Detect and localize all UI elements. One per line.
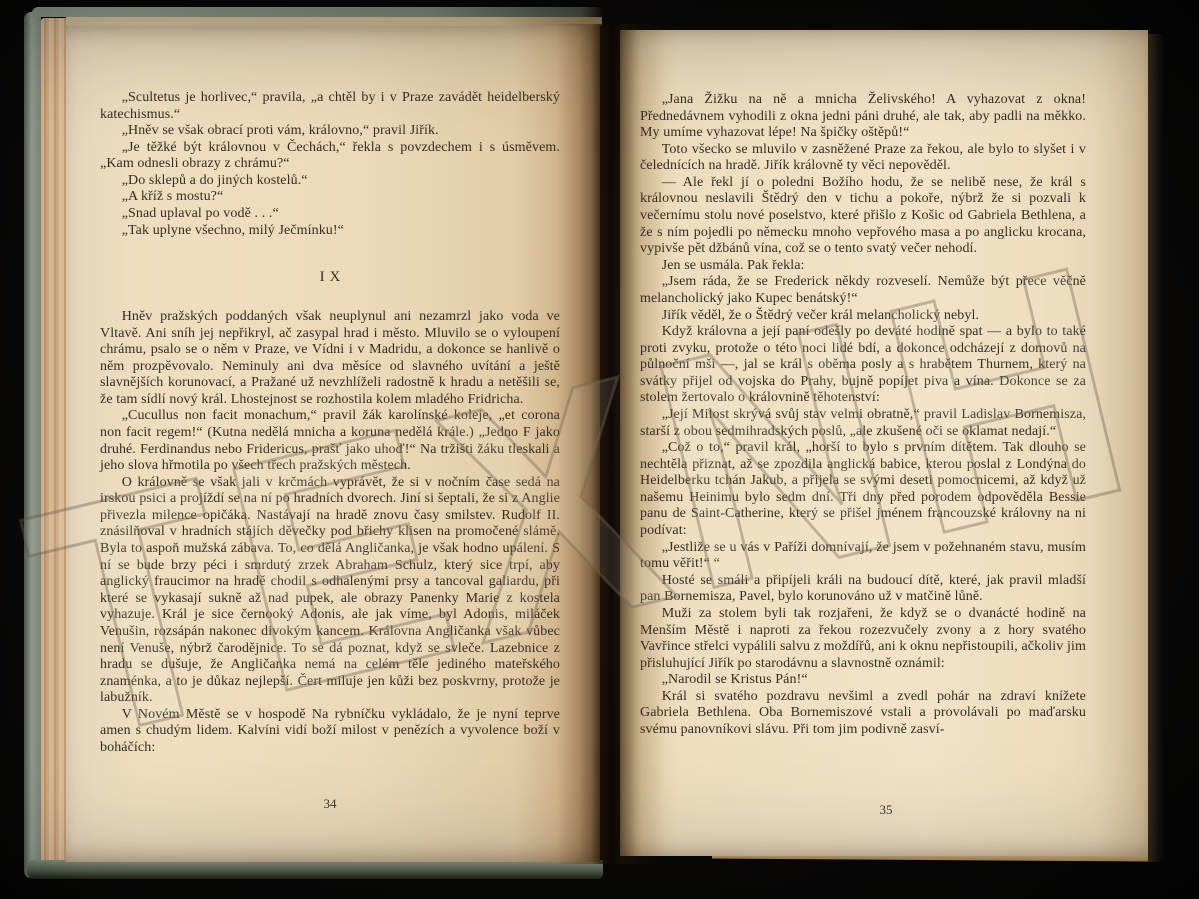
book-cover-right-edge — [1148, 34, 1164, 862]
paragraph: „Narodil se Kristus Pán!“ — [640, 672, 1086, 689]
paragraph: Hosté se smáli a připíjeli králi na budo… — [640, 573, 1086, 606]
paragraph: Hněv pražských poddaných však neuplynul … — [100, 309, 560, 408]
photo-backdrop: „Scultetus je horlivec,“ pravila, „a cht… — [0, 0, 1199, 899]
right-page: „Jana Žižku na ně a mnicha Želivského! A… — [620, 30, 1148, 856]
right-page-text: „Jana Žižku na ně a mnicha Želivského! A… — [620, 30, 1148, 856]
paragraph: „Jana Žižku na ně a mnicha Želivského! A… — [640, 92, 1086, 142]
left-page-text: „Scultetus je horlivec,“ pravila, „a cht… — [66, 26, 600, 862]
left-page: „Scultetus je horlivec,“ pravila, „a cht… — [66, 26, 600, 862]
dialog-line: „Hněv se však obrací proti vám, královno… — [100, 123, 560, 140]
dialog-line: „Je těžké být královnou v Čechách,“ řekl… — [100, 140, 560, 173]
dialog-line: „Tak uplyne všechno, milý Ječmínku!“ — [100, 223, 560, 240]
dialog-line: „Scultetus je horlivec,“ pravila, „a cht… — [100, 90, 560, 123]
chapter-heading: IX — [100, 269, 560, 287]
paragraph: Král si svatého pozdravu nevšiml a zvedl… — [640, 689, 1086, 739]
paragraph: O královně se však jali v krčmách vypráv… — [100, 475, 560, 707]
paragraph: „Což o to,“ pravil král, „horší to bylo … — [640, 440, 1086, 539]
dialog-line: „Do sklepů a do jiných kostelů.“ — [100, 173, 560, 190]
book-cover-bottom-edge — [27, 860, 603, 879]
paragraph: V Novém Městě se v hospodě Na rybníčku v… — [100, 707, 560, 757]
paragraph: „Jsem ráda, že se Frederick někdy rozves… — [640, 274, 1086, 307]
paragraph: Jiřík věděl, že o Štědrý večer král mela… — [640, 308, 1086, 325]
paragraph: Jen se usmála. Pak řekla: — [640, 258, 1086, 275]
page-stack-top-edge — [66, 17, 602, 26]
paragraph: „Jestliže se u vás v Paříži domnívají, ž… — [640, 540, 1086, 573]
paragraph: Muži za stolem byli tak rozjařeni, že kd… — [640, 606, 1086, 672]
page-number-left: 34 — [66, 796, 594, 812]
paragraph: „Cucullus non facit monachum,“ pravil žá… — [100, 408, 560, 474]
dialog-line: „Snad uplaval po vodě . . .“ — [100, 206, 560, 223]
paragraph: — Ale řekl jí o poledni Božího hodu, že … — [640, 175, 1086, 258]
paragraph: Toto všecko se mluvilo v zasněžené Praze… — [640, 142, 1086, 175]
dialog-line: „A kříž s mostu?“ — [100, 189, 560, 206]
book-cover-top-edge — [32, 7, 604, 17]
paragraph: Když královna a její paní odešly po devá… — [640, 324, 1086, 407]
page-number-right: 35 — [624, 802, 1148, 818]
book-cover-left-edge — [24, 12, 41, 878]
paragraph: „Její Milost skrývá svůj stav velmi obra… — [640, 407, 1086, 440]
page-stack-fore-edge — [41, 18, 68, 868]
